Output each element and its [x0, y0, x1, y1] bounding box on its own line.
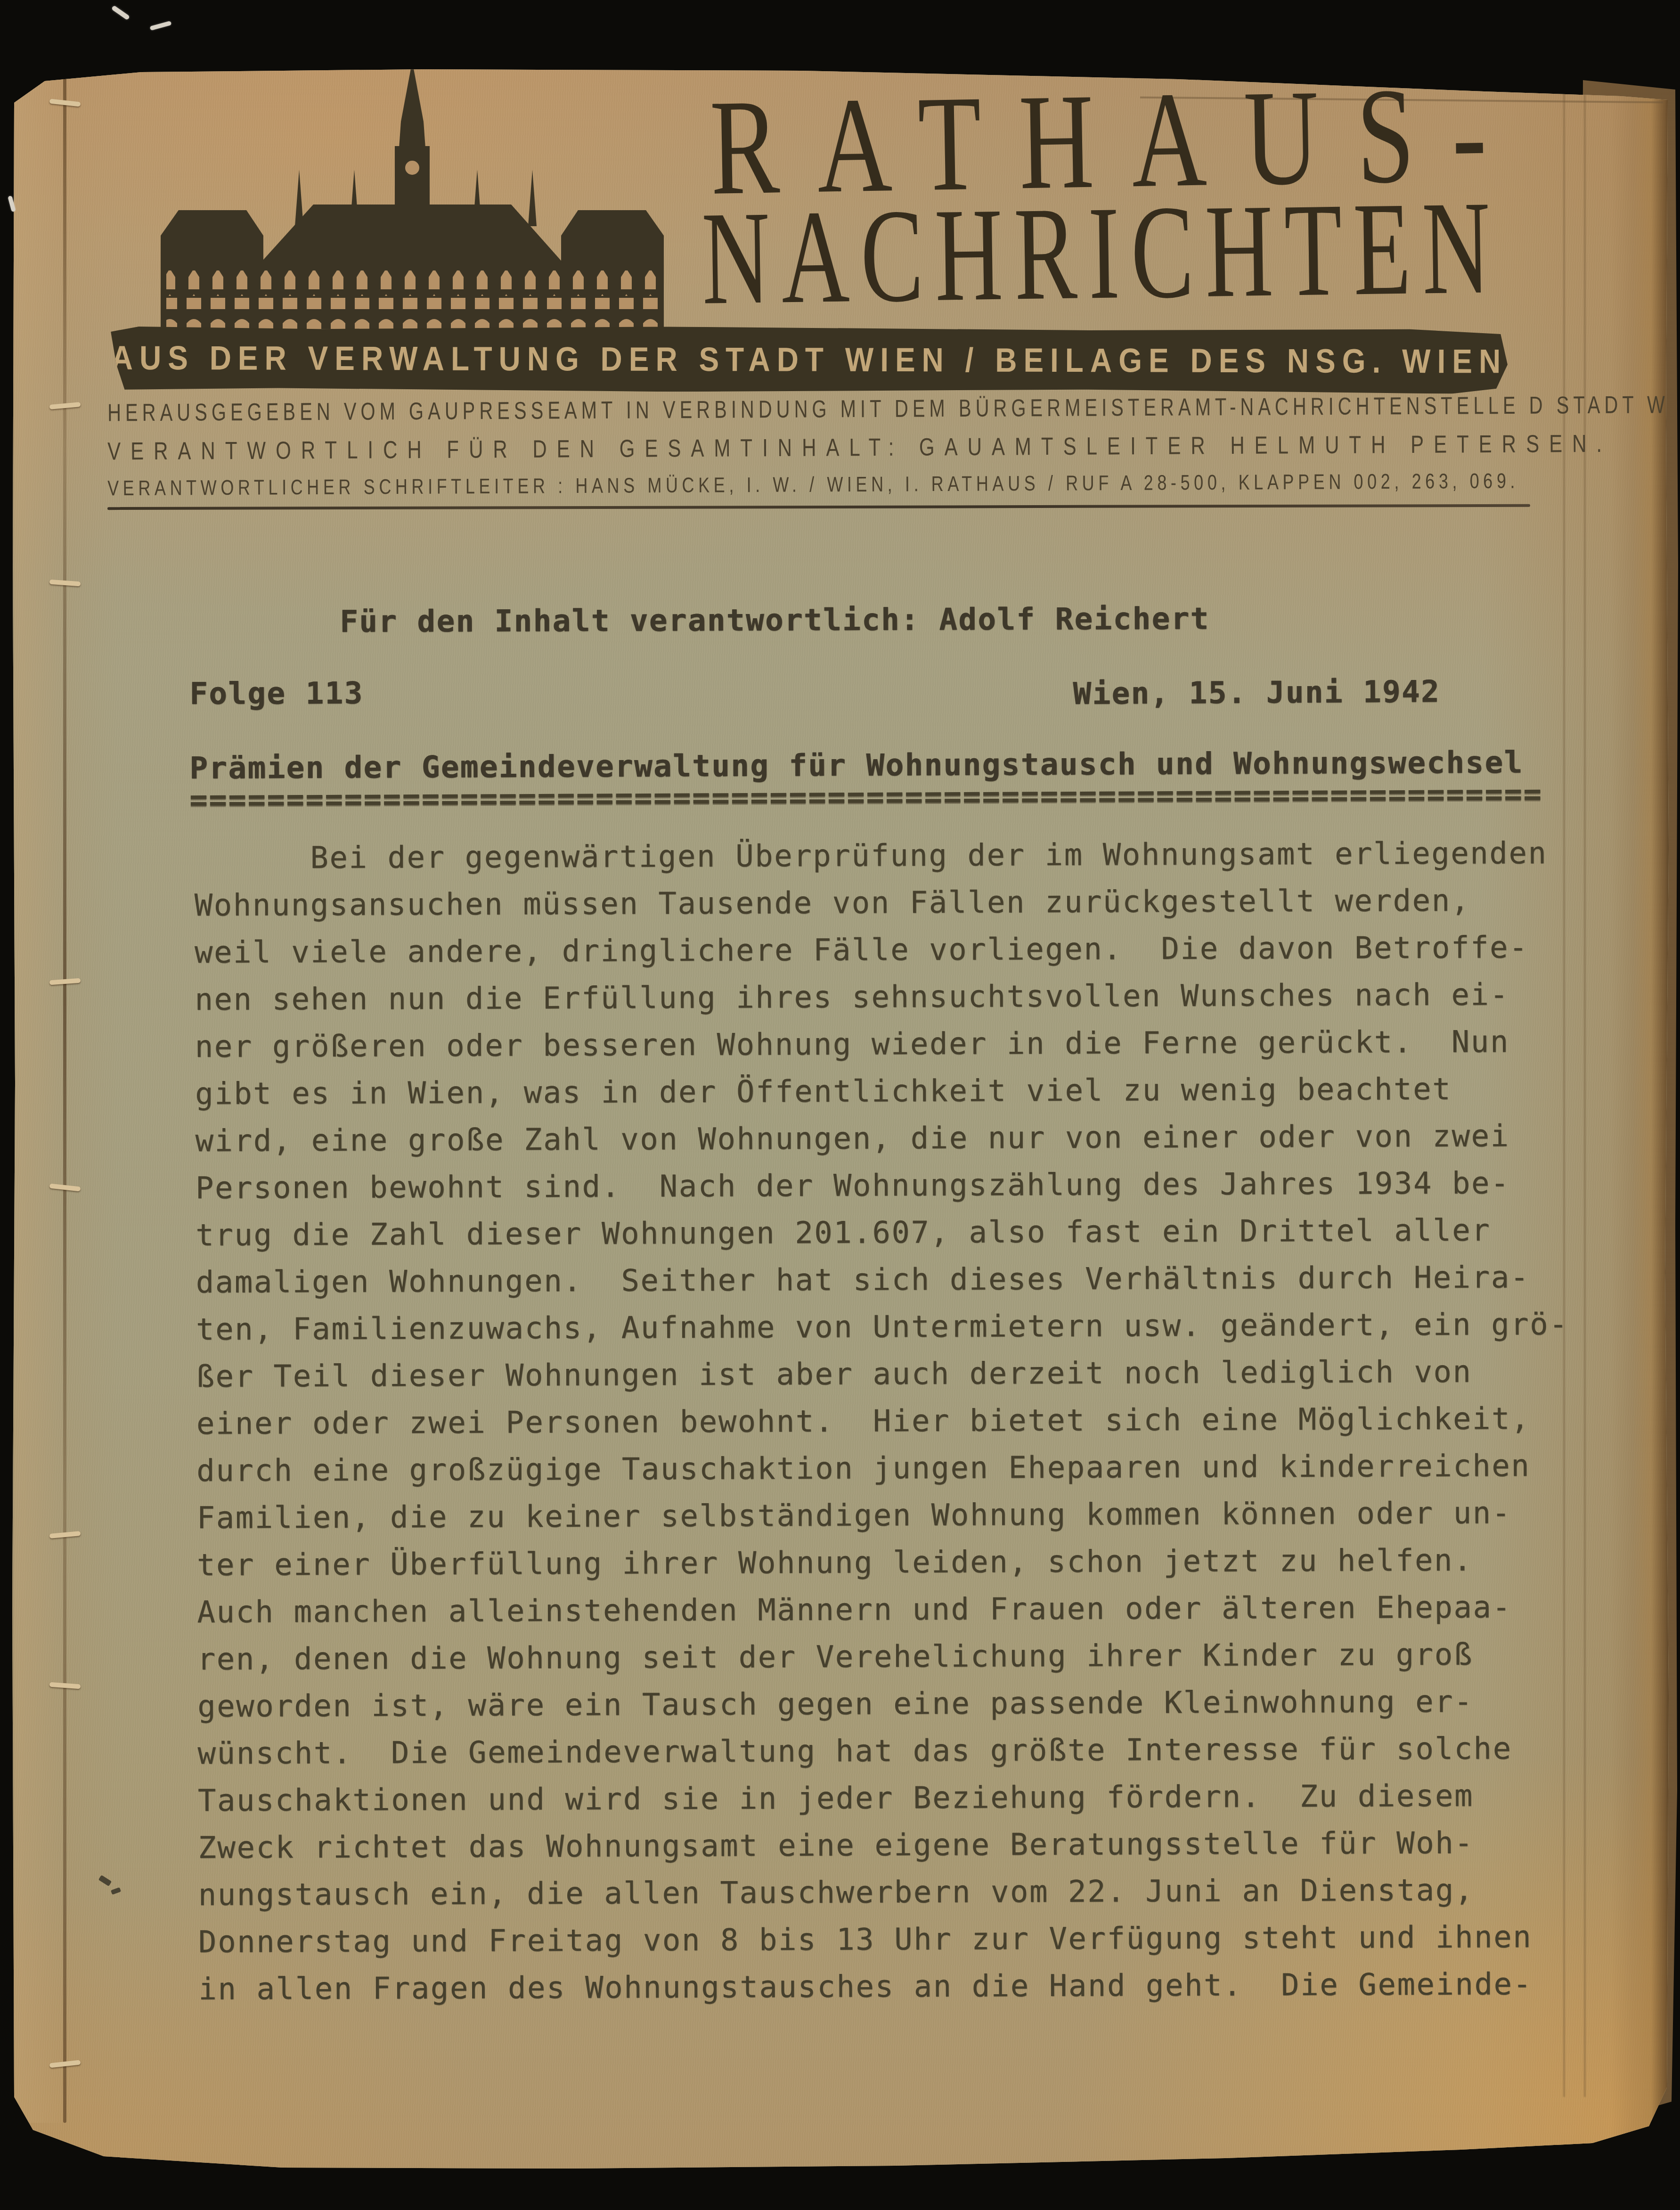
body-line-20: wünscht. Die Gemeindeverwaltung hat das …: [197, 1725, 1570, 1777]
body-line-13: einer oder zwei Personen bewohnt. Hier b…: [196, 1395, 1569, 1448]
imprint-line-editor: VERANTWORTLICHER SCHRIFTLEITER : HANS MÜ…: [107, 468, 1519, 500]
article-body: Bei der gegenwärtigen Überprüfung der im…: [194, 830, 1571, 2013]
body-line-11: ten, Familienzuwachs, Aufnahme von Unter…: [196, 1301, 1569, 1353]
body-line-23: nungstausch ein, die allen Tauschwerbern…: [198, 1866, 1571, 1919]
issue-number: Folge 113: [189, 670, 364, 718]
body-line-25: in allen Fragen des Wohnungstausches an …: [198, 1961, 1571, 2013]
masthead-banner: AUS DER VERWALTUNG DER STADT WIEN / BEIL…: [111, 325, 1508, 394]
body-line-6: gibt es in Wien, was in der Öffentlichke…: [195, 1065, 1568, 1118]
body-line-16: ter einer Überfüllung ihrer Wohnung leid…: [197, 1537, 1570, 1589]
scanned-newsletter-page: { "masthead": { "title_line1": "RATHAUS-…: [0, 0, 1680, 2210]
fold-crease: [1584, 90, 1586, 2097]
body-line-19: geworden ist, wäre ein Tausch gegen eine…: [197, 1678, 1570, 1730]
article-headline-underline: ========================================…: [189, 770, 1542, 824]
masthead-divider-rule: [107, 504, 1530, 510]
body-line-12: ßer Teil dieser Wohnungen ist aber auch …: [196, 1348, 1569, 1400]
body-line-21: Tauschaktionen und wird sie in jeder Bez…: [198, 1772, 1571, 1825]
binding-seam: [63, 75, 66, 2123]
binding-thread: [150, 21, 172, 31]
imprint-line-responsible: VERANTWORTLICH FÜR DEN GESAMTINHALT: GAU…: [107, 429, 1612, 466]
ink-speck: [111, 1887, 121, 1895]
body-line-15: Familien, die zu keiner selbständigen Wo…: [196, 1490, 1569, 1542]
body-line-5: ner größeren oder besseren Wohnung wiede…: [195, 1018, 1568, 1071]
torn-edge: [1611, 71, 1672, 2153]
body-line-24: Donnerstag und Freitag von 8 bis 13 Uhr …: [198, 1914, 1571, 1966]
rathaus-silhouette-icon: [158, 60, 667, 329]
ink-speck: [98, 1875, 112, 1886]
body-line-2: Wohnungsansuchen müssen Tausende von Fäl…: [194, 877, 1567, 929]
dateline: Wien, 15. Juni 1942: [1073, 668, 1440, 718]
body-line-3: weil viele andere, dringlichere Fälle vo…: [195, 924, 1567, 976]
body-line-9: trug die Zahl dieser Wohnungen 201.607, …: [196, 1207, 1568, 1259]
binding-thread: [111, 5, 130, 20]
body-line-18: ren, denen die Wohnung seit der Vereheli…: [197, 1631, 1570, 1683]
body-line-1: Bei der gegenwärtigen Überprüfung der im…: [194, 830, 1567, 882]
body-line-8: Personen bewohnt sind. Nach der Wohnungs…: [196, 1160, 1568, 1212]
body-line-22: Zweck richtet das Wohnungsamt eine eigen…: [198, 1819, 1571, 1872]
body-line-7: wird, eine große Zahl von Wohnungen, die…: [195, 1113, 1568, 1165]
body-line-17: Auch manchen alleinstehenden Männern und…: [197, 1584, 1570, 1636]
body-line-14: durch eine großzügige Tauschaktion junge…: [196, 1442, 1569, 1495]
content-responsible-line: Für den Inhalt verantwortlich: Adolf Rei…: [340, 596, 1210, 646]
gutter-shading: [14, 75, 63, 2123]
masthead-banner-text: AUS DER VERWALTUNG DER STADT WIEN / BEIL…: [111, 338, 1508, 381]
imprint-line-publisher: HERAUSGEGEBEN VOM GAUPRESSEAMT IN VERBIN…: [107, 391, 1680, 427]
body-line-10: damaligen Wohnungen. Seither hat sich di…: [196, 1254, 1568, 1306]
body-line-4: nen sehen nun die Erfüllung ihres sehnsu…: [195, 971, 1567, 1023]
page: RATHAUS- NACHRICHTEN AUS DER VERWALTUNG …: [0, 0, 1680, 2210]
masthead-title-line2: NACHRICHTEN: [701, 181, 1502, 326]
